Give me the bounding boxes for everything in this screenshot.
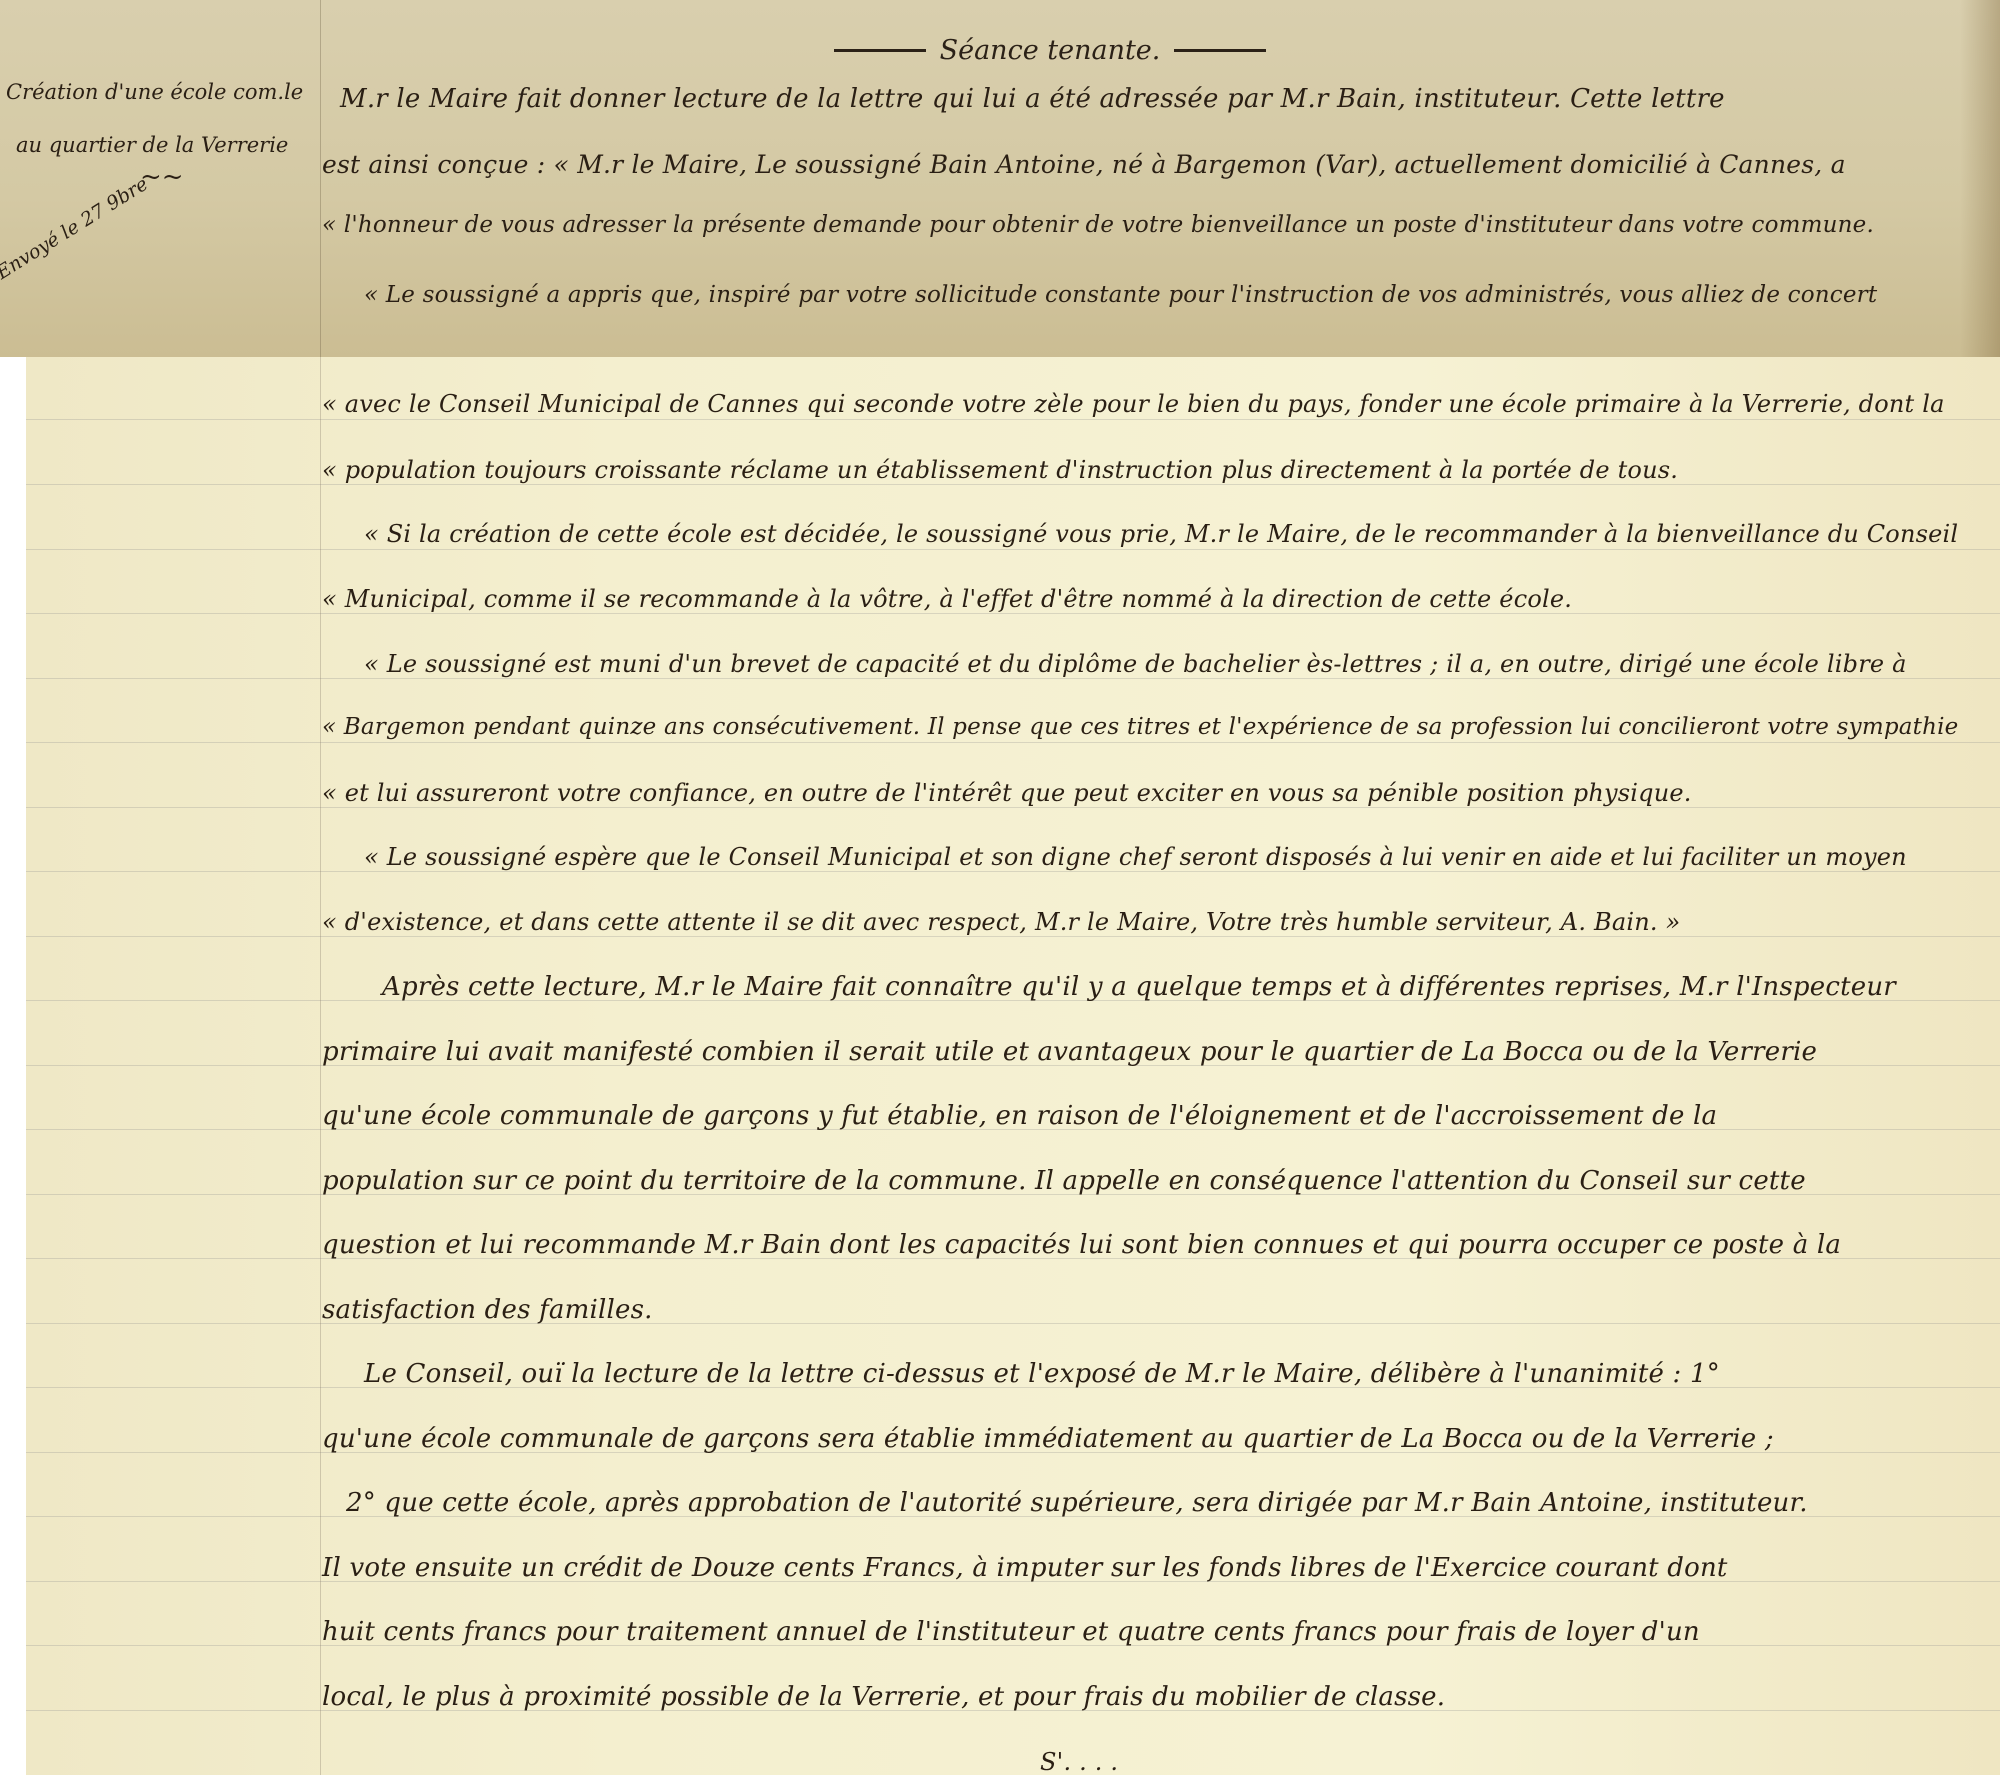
text-line: Il vote ensuite un crédit de Douze cents… <box>322 1553 1728 1583</box>
margin-note-subject-1: Création d'une école com.le <box>6 80 303 104</box>
session-title: Séance tenante. <box>940 35 1161 66</box>
text-line: « Le soussigné est muni d'un brevet de c… <box>364 650 1907 678</box>
text-line: « Le soussigné espère que le Conseil Mun… <box>364 843 1907 871</box>
text-line: huit cents francs pour traitement annuel… <box>322 1617 1700 1647</box>
session-heading: Séance tenante. <box>800 30 1300 70</box>
ruled-line <box>26 678 2000 679</box>
heading-rule-left <box>834 49 926 52</box>
text-line: Le Conseil, ouï la lecture de la lettre … <box>364 1359 1720 1389</box>
ruled-line <box>26 742 2000 743</box>
margin-rule-top <box>320 0 321 357</box>
margin-note-subject-2: au quartier de la Verrerie <box>16 133 288 157</box>
text-line: « Le soussigné a appris que, inspiré par… <box>364 282 1877 308</box>
ruled-line <box>26 871 2000 872</box>
ruled-line <box>26 484 2000 485</box>
text-line: « d'existence, et dans cette attente il … <box>322 908 1680 936</box>
text-line-fragment: S'. . . . <box>1040 1748 1118 1776</box>
text-line: primaire lui avait manifesté combien il … <box>322 1037 1817 1067</box>
heading-rule-right <box>1174 49 1266 52</box>
text-line: « Bargemon pendant quinze ans consécutiv… <box>322 714 1959 740</box>
text-line: local, le plus à proximité possible de l… <box>322 1682 1445 1712</box>
text-line: « avec le Conseil Municipal de Cannes qu… <box>322 390 1945 418</box>
ruled-line <box>26 419 2000 420</box>
text-line: « Si la création de cette école est déci… <box>364 520 1958 548</box>
text-line: « Municipal, comme il se recommande à la… <box>322 585 1572 613</box>
text-line: population sur ce point du territoire de… <box>322 1166 1806 1196</box>
text-line: « et lui assureront votre confiance, en … <box>322 779 1692 807</box>
ruled-line <box>26 549 2000 550</box>
text-line: est ainsi conçue : « M.r le Maire, Le so… <box>322 150 1846 179</box>
ruled-line <box>26 807 2000 808</box>
text-line: M.r le Maire fait donner lecture de la l… <box>340 84 1725 114</box>
text-line: qu'une école communale de garçons y fut … <box>322 1101 1717 1131</box>
text-line: question et lui recommande M.r Bain dont… <box>322 1230 1841 1260</box>
ruled-line <box>26 936 2000 937</box>
text-line: « population toujours croissante réclame… <box>322 456 1678 484</box>
text-line: satisfaction des familles. <box>322 1295 653 1325</box>
text-line: Après cette lecture, M.r le Maire fait c… <box>382 972 1896 1002</box>
text-line: qu'une école communale de garçons sera é… <box>322 1424 1774 1454</box>
margin-rule <box>320 357 321 1775</box>
ruled-line <box>26 613 2000 614</box>
text-line: 2° que cette école, après approbation de… <box>346 1488 1808 1518</box>
text-line: « l'honneur de vous adresser la présente… <box>322 212 1874 238</box>
